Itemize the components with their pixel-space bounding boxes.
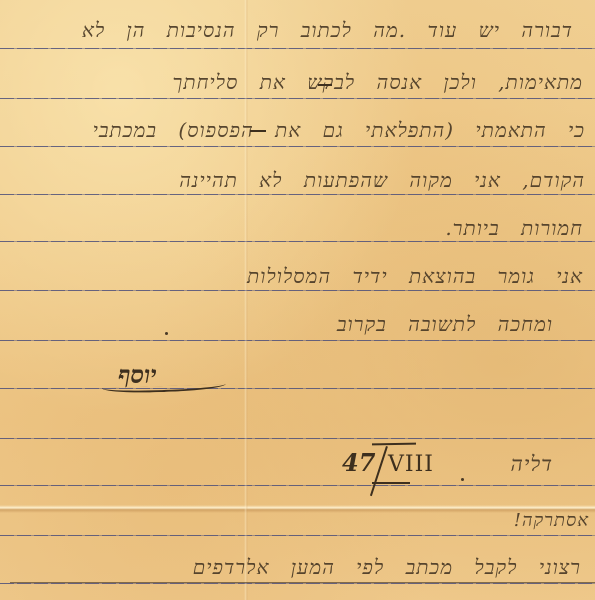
postscript-text: רצוני לקבל מכתב לפי המען אלרדפים <box>193 555 581 580</box>
ruled-line <box>0 485 595 486</box>
fold-crease-horizontal <box>0 505 595 513</box>
letter-line-6: אני גומר בהוצאת ידיד המסלולות <box>247 264 583 289</box>
letter-line-5: חמורות ביותר. <box>445 216 583 241</box>
ruled-line <box>0 388 595 389</box>
date-month-roman: VIII <box>388 452 434 477</box>
date-underline <box>372 482 410 484</box>
strikethrough-mark <box>250 130 266 132</box>
ruled-line <box>0 98 595 99</box>
ruled-line <box>0 48 595 49</box>
date-year: 47 <box>342 448 375 477</box>
ruled-line <box>0 340 595 341</box>
ruled-line <box>0 438 595 439</box>
date-overline <box>372 443 416 446</box>
letter-line-1: דבורה יש עוד .מה לכתוב רק הנסיבות הן לא <box>82 18 573 43</box>
ruled-line <box>0 583 595 584</box>
ruled-line <box>0 290 595 291</box>
date-place: דליה <box>511 452 553 477</box>
ruled-line <box>0 241 595 242</box>
letter-line-7: ומחכה לתשובה בקרוב <box>337 312 553 337</box>
postscript-salutation: אסתרקה! <box>514 510 589 531</box>
ink-dot <box>461 478 464 481</box>
strikethrough-mark <box>318 84 332 86</box>
postscript-underline <box>10 582 595 583</box>
ruled-line <box>0 146 595 147</box>
ink-dot <box>165 332 168 335</box>
letter-line-4: הקודם, אני מקוה שהפתעות לא תהיינה <box>179 168 585 193</box>
letter-line-2: מתאימות, ולכן אנסה לבקש את סליחתך <box>173 70 583 95</box>
ruled-line <box>0 194 595 195</box>
ruled-line <box>0 535 595 536</box>
letter-paper: דבורה יש עוד .מה לכתוב רק הנסיבות הן לא … <box>0 0 595 600</box>
letter-line-3: כי התאמתי (התפלאתי גם את הפספוס) במכתבי <box>93 118 585 143</box>
